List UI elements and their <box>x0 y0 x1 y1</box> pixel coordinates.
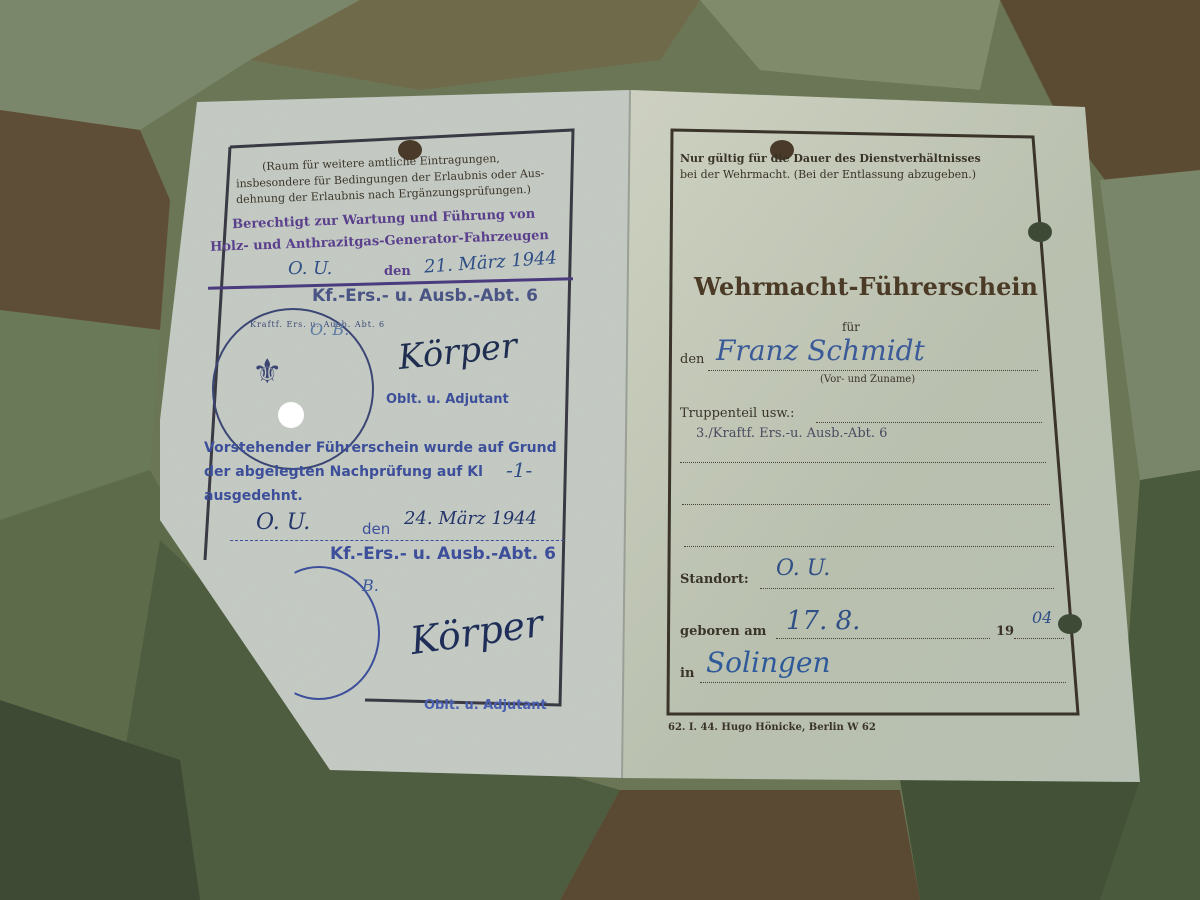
year-prefix: 19 <box>996 624 1014 639</box>
validity-notice-line-2: bei der Wehrmacht. (Bei der Entlassung a… <box>680 168 976 181</box>
handwritten-initials-1: O. B. <box>310 320 349 339</box>
date-line-2 <box>230 540 564 541</box>
document-title: Wehrmacht-Führerschein <box>694 272 1038 301</box>
rank-stamp-2: Oblt. u. Adjutant <box>424 698 547 713</box>
birthdate-line <box>776 638 990 639</box>
handwritten-place-2: O. U. <box>256 510 310 535</box>
eagle-emblem-icon: ⚜ <box>252 352 282 392</box>
fuer-label: für <box>842 320 860 334</box>
unit-line <box>816 422 1042 423</box>
blank-line <box>684 546 1054 547</box>
printer-imprint: 62. I. 44. Hugo Hönicke, Berlin W 62 <box>668 722 876 733</box>
name-caption: (Vor- und Zuname) <box>820 374 915 385</box>
extension-line-3: ausgedehnt. <box>204 488 303 504</box>
standort-line <box>760 588 1054 589</box>
unit-stamp-2: Kf.-Ers.- u. Ausb.-Abt. 6 <box>330 544 556 564</box>
holder-name: Franz Schmidt <box>716 334 925 367</box>
handwritten-place-1: O. U. <box>288 258 332 279</box>
validity-notice-line-1: Nur gültig für die Dauer des Dienstverhä… <box>680 152 981 165</box>
punch-hole <box>1028 222 1052 242</box>
handwritten-date-2: 24. März 1944 <box>404 508 537 529</box>
purple-den-label: den <box>384 264 411 279</box>
geboren-label: geboren am <box>680 624 766 639</box>
handwritten-class: -1- <box>506 458 532 482</box>
standort-label: Standort: <box>680 572 749 587</box>
blank-line <box>682 504 1050 505</box>
unit-stamp-1: Kf.-Ers.- u. Ausb.-Abt. 6 <box>312 286 538 306</box>
paper-pages <box>0 0 1200 900</box>
extension-line-1: Vorstehender Führerschein wurde auf Grun… <box>204 440 557 456</box>
den-label-2: den <box>362 520 390 538</box>
birth-day-month: 17. 8. <box>786 606 860 636</box>
extension-line-2: der abgelegten Nachprüfung auf Kl <box>204 464 483 480</box>
handwritten-initials-2: B. <box>362 576 379 595</box>
year-line <box>1014 638 1064 639</box>
birthplace-line <box>700 682 1066 683</box>
in-label: in <box>680 666 694 681</box>
punch-hole-white <box>278 402 304 428</box>
unit-label: Truppenteil usw.: <box>680 406 794 421</box>
rank-stamp-1: Oblt. u. Adjutant <box>386 392 509 407</box>
den-label: den <box>680 352 704 367</box>
standort-value: O. U. <box>776 556 830 581</box>
punch-hole <box>1058 614 1082 634</box>
birthplace: Solingen <box>706 646 831 679</box>
name-line <box>708 370 1038 371</box>
year-suffix: 04 <box>1032 608 1052 627</box>
unit-value: 3./Kraftf. Ers.-u. Ausb.-Abt. 6 <box>696 426 887 441</box>
blank-line <box>680 462 1046 463</box>
wehrmacht-driving-license-booklet: (Raum für weitere amtliche Eintragungen,… <box>0 0 1200 900</box>
